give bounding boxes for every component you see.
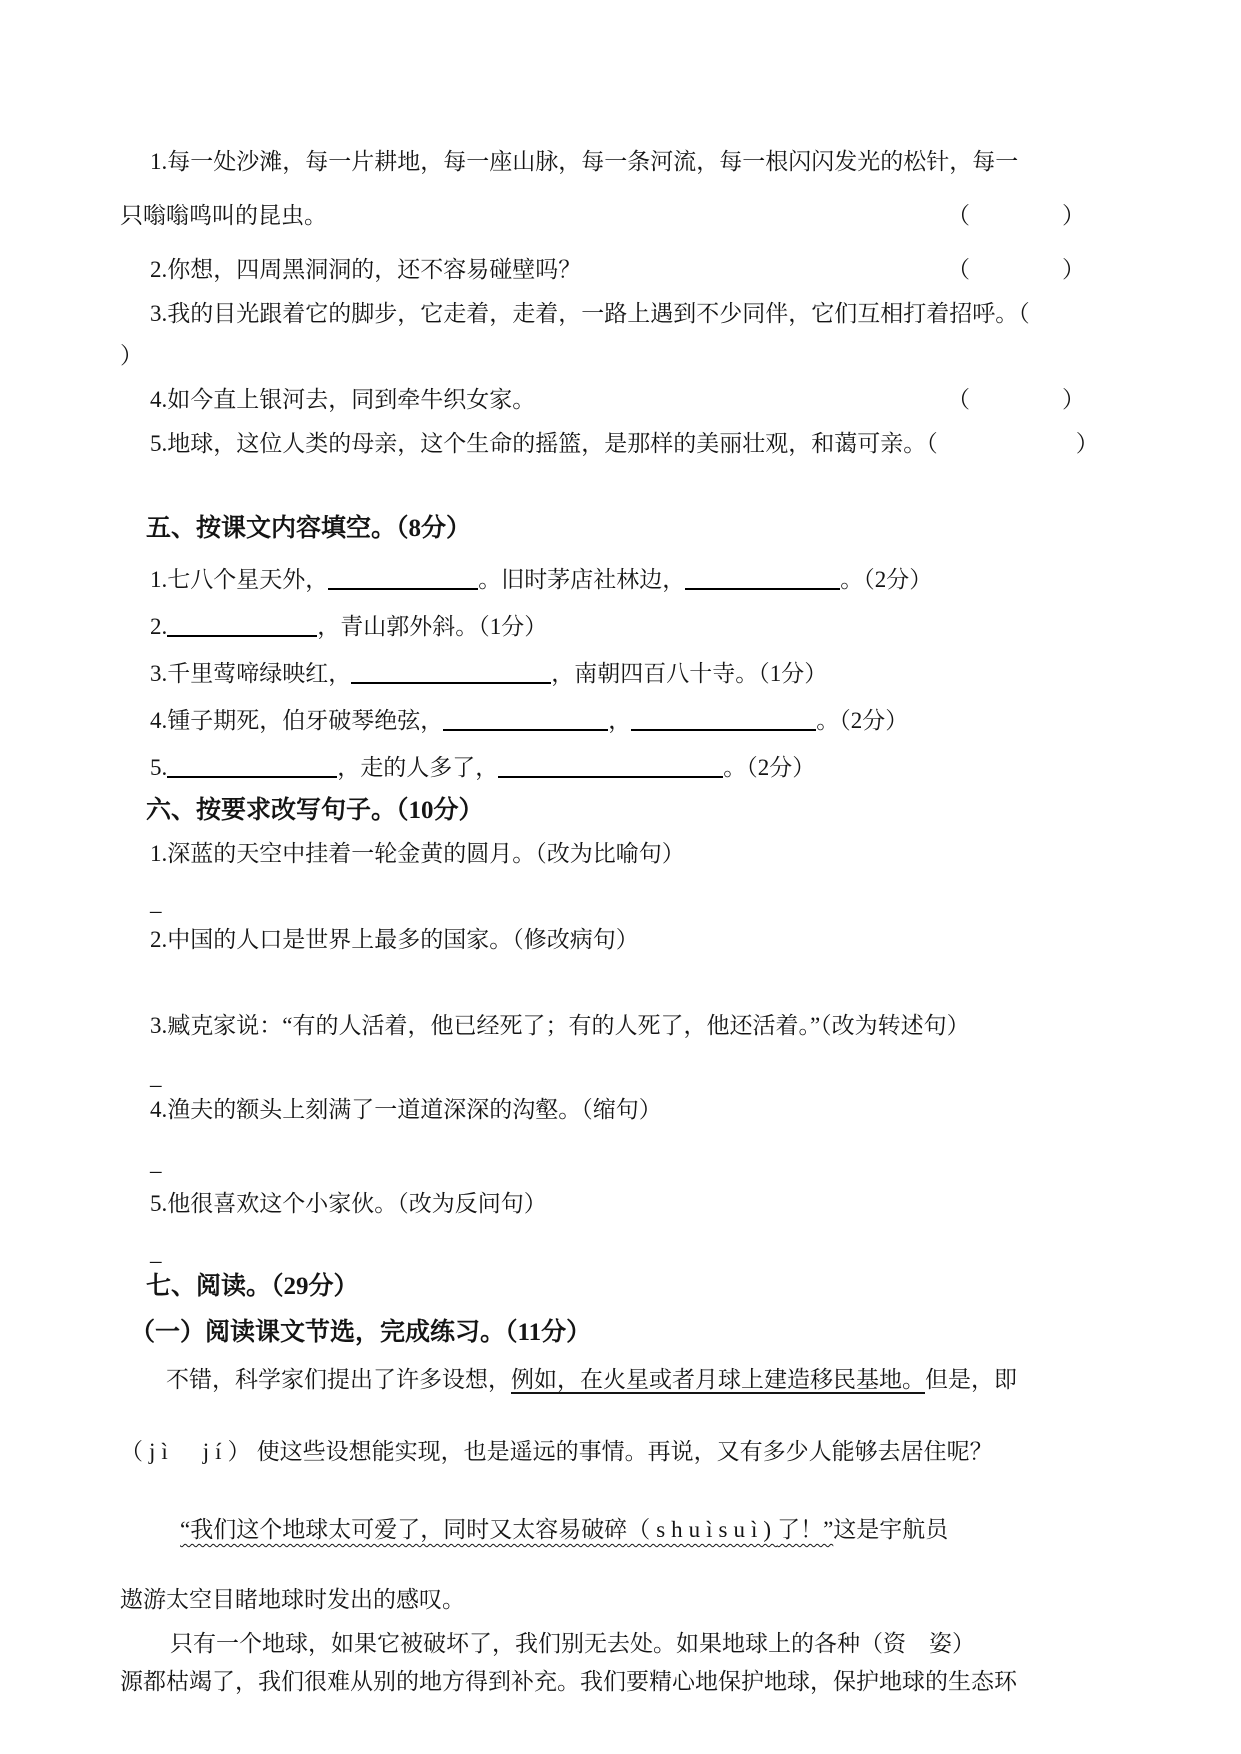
reading-line-3: “我们这个地球太可爱了，同时又太容易破碎（shuìsuì)了！”这是宇航员	[120, 1513, 1085, 1547]
fill-item-3-post: ，南朝四百八十寺。（1分）	[551, 661, 827, 686]
reading-line-1: 不错，科学家们提出了许多设想，例如，在火星或者月球上建造移民基地。但是，即	[120, 1363, 1085, 1397]
fill-item-4-pre: 4.锺子期死，伯牙破琴绝弦，	[150, 708, 443, 733]
fill-blank-5a[interactable]	[167, 754, 337, 778]
reading-line-5: 只有一个地球，如果它被破坏了，我们别无去处。如果地球上的各种（资 姿）	[120, 1627, 1085, 1661]
fill-item-2-post: ，青山郭外斜。（1分）	[317, 614, 547, 639]
judgement-item-3: 3.我的目光跟着它的脚步，它走着，走着，一路上遇到不少同伴，它们互相打着招呼。（	[150, 297, 1085, 331]
fill-blank-4a[interactable]	[443, 707, 608, 731]
fill-item-4: 4.锺子期死，伯牙破琴绝弦，，。（2分）	[150, 704, 1085, 738]
judgement-item-1-text: 只嗡嗡鸣叫的昆虫。	[120, 199, 327, 233]
reading-line-1-text-b: 但是，即	[925, 1367, 1017, 1392]
fill-item-1-post: 。（2分）	[840, 567, 932, 592]
fill-item-3: 3.千里莺啼绿映红，，南朝四百八十寺。（1分）	[150, 657, 1085, 691]
fill-blank-4b[interactable]	[631, 707, 816, 731]
section-7-title: 七、阅读。（29分）	[146, 1269, 1085, 1305]
judgement-section: 1.每一处沙滩，每一片耕地，每一座山脉，每一条河流，每一根闪闪发光的松针，每一 …	[120, 145, 1085, 461]
wavy-underlined-quote: “我们这个地球太可爱了，同时又太容易破碎（shuìsuì)了！”	[180, 1517, 833, 1542]
underlined-clause: 例如，在火星或者月球上建造移民基地。	[511, 1367, 925, 1392]
section-6-rewrite: 六、按要求改写句子。（10分） 1.深蓝的天空中挂着一轮金黄的圆月。（改为比喻句…	[120, 793, 1085, 1265]
exam-paper: 1.每一处沙滩，每一片耕地，每一座山脉，每一条河流，每一根闪闪发光的松针，每一 …	[0, 0, 1241, 1754]
pinyin-hint-ji: （jì jí）	[120, 1439, 257, 1464]
fill-item-4-mid: ，	[608, 708, 631, 733]
reading-line-6: 源都枯竭了，我们很难从别的地方得到补充。我们要精心地保护地球，保护地球的生态环	[120, 1665, 1085, 1699]
answer-line-mark-3[interactable]: _	[150, 1151, 1085, 1175]
answer-line-mark-2[interactable]: _	[150, 1065, 1085, 1089]
section-5-fill-in: 五、按课文内容填空。（8分） 1.七八个星天外，。旧时茅店社林边，。（2分） 2…	[120, 511, 1085, 785]
pinyin-hint-suisui: （shuìsuì)	[627, 1517, 777, 1542]
judgement-item-4-text: 4.如今直上银河去，同到牵牛织女家。	[150, 383, 535, 417]
fill-item-2-pre: 2.	[150, 614, 167, 639]
section-7-reading: 七、阅读。（29分） （一）阅读课文节选，完成练习。（11分） 不错，科学家们提…	[120, 1269, 1085, 1699]
fill-blank-5b[interactable]	[498, 754, 723, 778]
judgement-item-4: 4.如今直上银河去，同到牵牛织女家。 （ ）	[150, 383, 1085, 417]
reading-line-1-text-a: 不错，科学家们提出了许多设想，	[166, 1367, 511, 1392]
rewrite-item-4: 4.渔夫的额头上刻满了一道道深深的沟壑。（缩句）	[150, 1093, 1085, 1127]
judgement-item-1-line-1: 1.每一处沙滩，每一片耕地，每一座山脉，每一条河流，每一根闪闪发光的松针，每一	[150, 145, 1085, 179]
fill-item-5: 5.，走的人多了，。（2分）	[150, 751, 1085, 785]
judgement-answer-bracket-1[interactable]: （ ）	[947, 199, 1085, 233]
fill-blank-2a[interactable]	[167, 613, 317, 637]
judgement-item-1-line-2: 只嗡嗡鸣叫的昆虫。 （ ）	[120, 199, 1085, 233]
judgement-answer-bracket-3-close[interactable]: ）	[120, 339, 1085, 373]
fill-item-2: 2.，青山郭外斜。（1分）	[150, 610, 1085, 644]
rewrite-item-2: 2.中国的人口是世界上最多的国家。（修改病句）	[150, 923, 1085, 957]
rewrite-item-5: 5.他很喜欢这个小家伙。（改为反问句）	[150, 1187, 1085, 1221]
reading-line-3-text: 这是宇航员	[833, 1517, 948, 1542]
reading-part-1-subtitle: （一）阅读课文节选，完成练习。（11分）	[130, 1315, 1085, 1351]
section-6-title: 六、按要求改写句子。（10分）	[146, 793, 1085, 829]
answer-line-mark-1[interactable]: _	[150, 891, 1085, 915]
reading-line-2-text: 使这些设想能实现，也是遥远的事情。再说，又有多少人能够去居住呢？	[257, 1439, 993, 1464]
fill-item-1-mid: 。旧时茅店社林边，	[478, 567, 685, 592]
fill-item-3-pre: 3.千里莺啼绿映红，	[150, 661, 351, 686]
fill-blank-1a[interactable]	[328, 566, 478, 590]
judgement-answer-bracket-4[interactable]: （ ）	[947, 383, 1085, 417]
fill-blank-3a[interactable]	[351, 660, 551, 684]
rewrite-item-1: 1.深蓝的天空中挂着一轮金黄的圆月。（改为比喻句）	[150, 837, 1085, 871]
quote-text-a: “我们这个地球太可爱了，同时又太容易破碎	[180, 1517, 627, 1542]
judgement-item-2-text: 2.你想，四周黑洞洞的，还不容易碰壁吗？	[150, 253, 581, 287]
fill-item-1: 1.七八个星天外，。旧时茅店社林边，。（2分）	[150, 563, 1085, 597]
rewrite-item-3: 3.臧克家说：“有的人活着，他已经死了；有的人死了，他还活着。”（改为转述句）	[150, 1009, 1085, 1043]
fill-item-5-post: 。（2分）	[723, 755, 815, 780]
fill-item-1-pre: 1.七八个星天外，	[150, 567, 328, 592]
quote-text-b: 了！”	[777, 1517, 833, 1542]
fill-blank-1b[interactable]	[685, 566, 840, 590]
judgement-item-5: 5.地球，这位人类的母亲，这个生命的摇篮，是那样的美丽壮观，和蔼可亲。（ ）	[150, 427, 1085, 461]
reading-line-2: （jì jí）使这些设想能实现，也是遥远的事情。再说，又有多少人能够去居住呢？	[120, 1435, 1085, 1469]
fill-item-5-mid: ，走的人多了，	[337, 755, 498, 780]
fill-item-5-pre: 5.	[150, 755, 167, 780]
fill-item-4-post: 。（2分）	[816, 708, 908, 733]
reading-line-4: 遨游太空目睹地球时发出的感叹。	[120, 1583, 1085, 1617]
section-5-title: 五、按课文内容填空。（8分）	[146, 511, 1085, 547]
judgement-answer-bracket-2[interactable]: （ ）	[947, 253, 1085, 287]
judgement-item-2: 2.你想，四周黑洞洞的，还不容易碰壁吗？ （ ）	[150, 253, 1085, 287]
answer-line-mark-4[interactable]: _	[150, 1241, 1085, 1265]
